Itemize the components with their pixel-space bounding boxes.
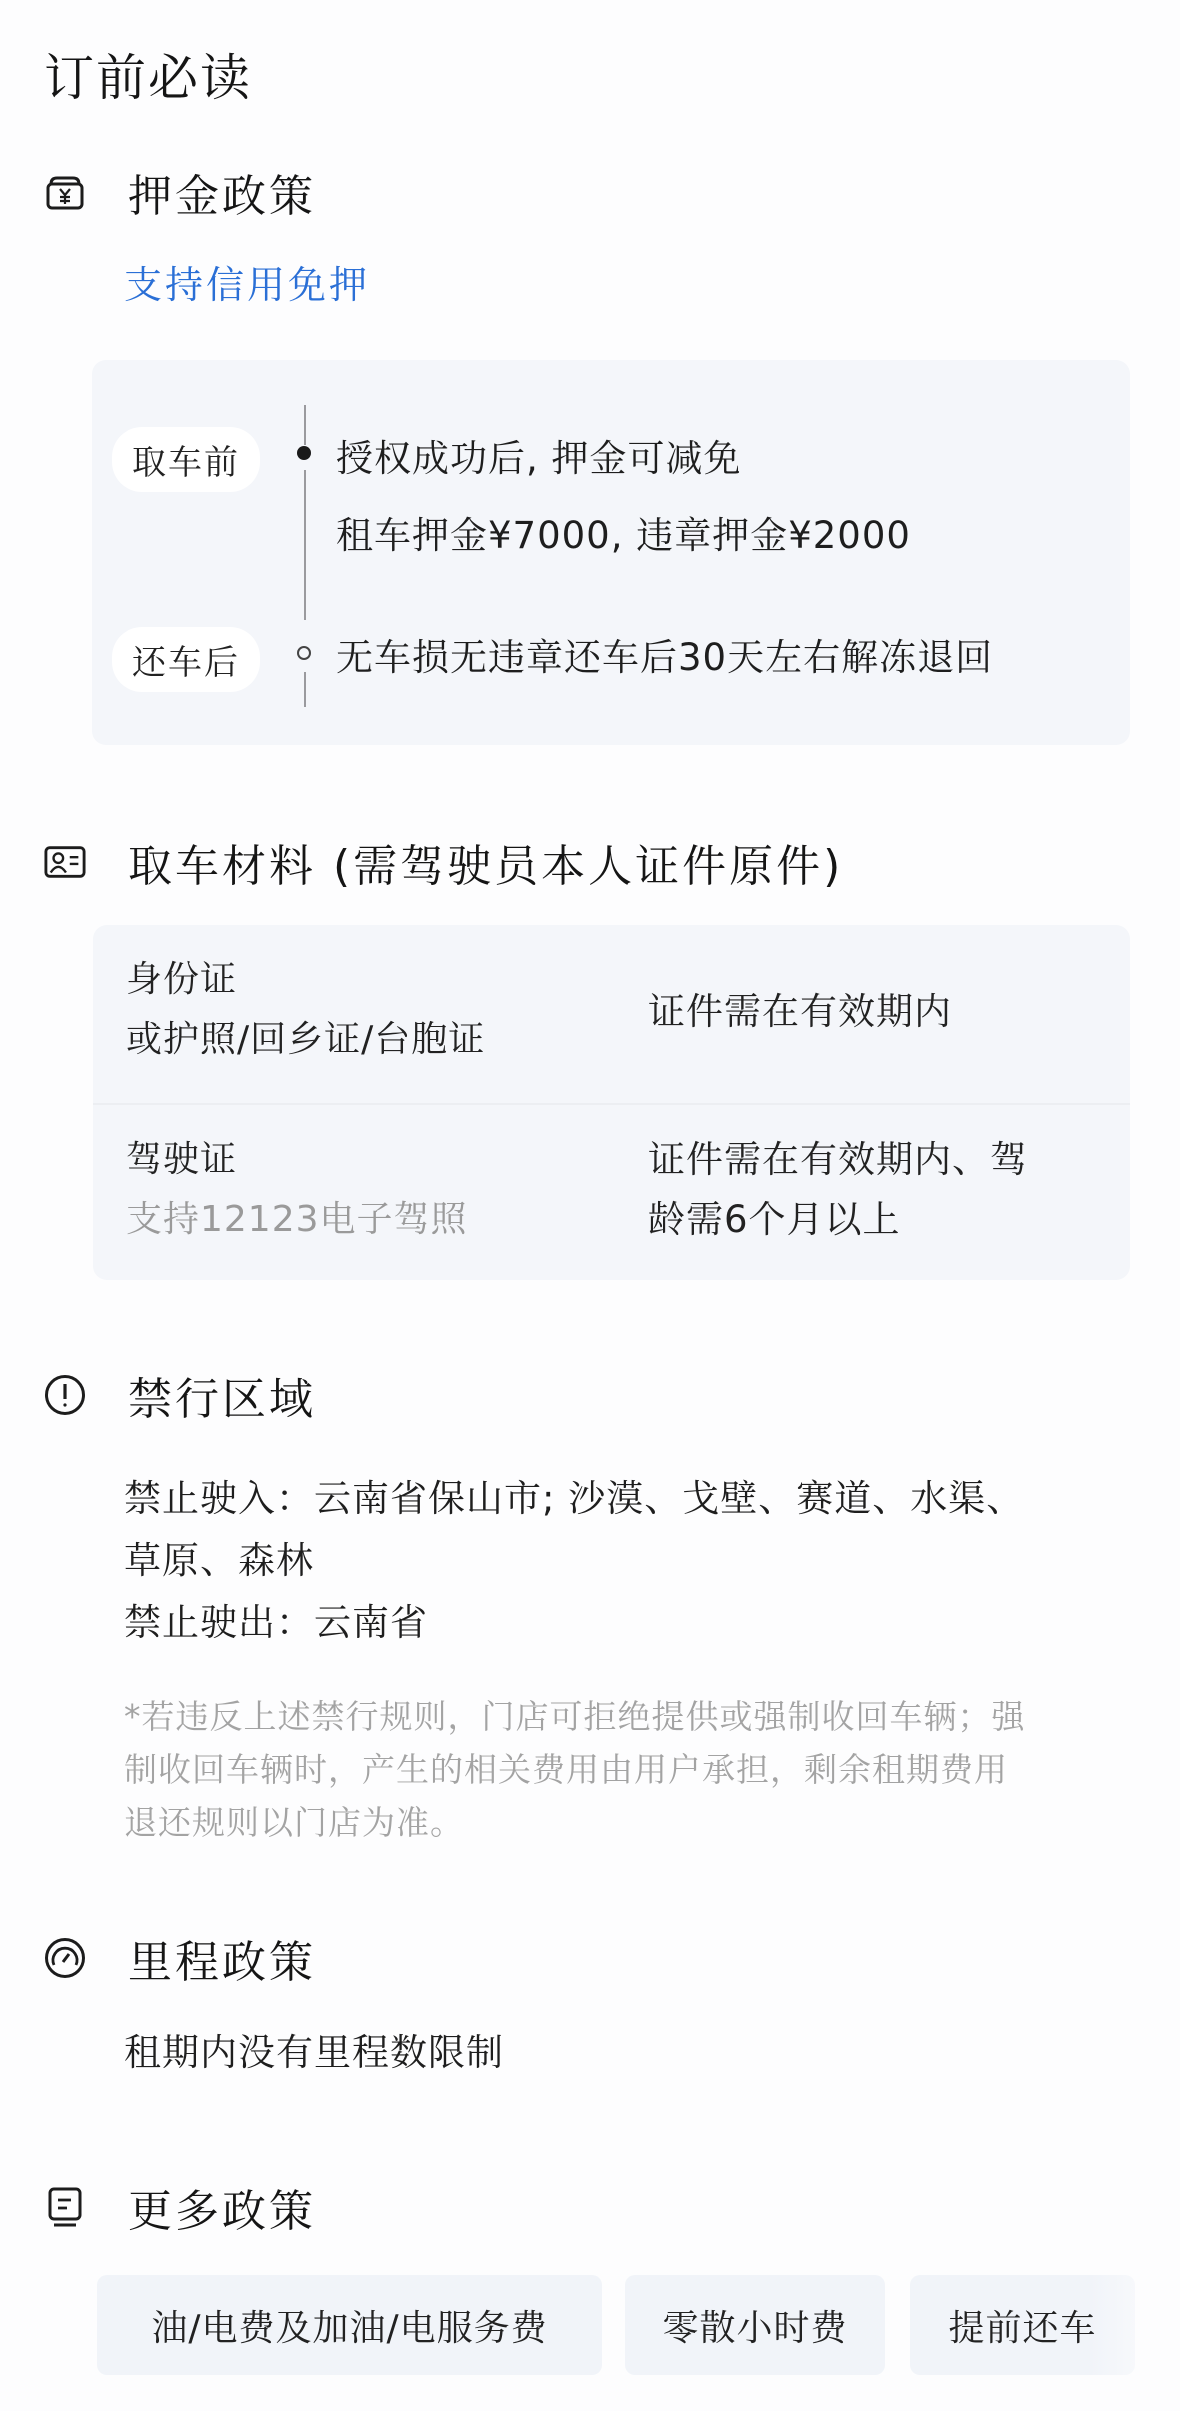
material-requirement: 证件需在有效期内	[648, 982, 952, 1042]
section-header-deposit: 押金政策	[44, 162, 316, 222]
document-icon	[44, 2186, 86, 2228]
restricted-note: *若违反上述禁行规则，门店可拒绝提供或强制收回车辆；强 制收回车辆时，产生的相关…	[124, 1690, 1026, 1849]
note-line: 退还规则以门店为准。	[124, 1796, 1026, 1849]
timeline-line	[304, 405, 306, 445]
no-entry-text: 禁止驶入：云南省保山市; 沙漠、戈壁、赛道、水渠、	[124, 1468, 1024, 1530]
material-row-license: 驾驶证 支持12123电子驾照	[126, 1130, 468, 1250]
requirement-line: 证件需在有效期内、驾	[648, 1130, 1028, 1190]
section-title-mileage: 里程政策	[128, 1926, 316, 1990]
divider	[93, 1103, 1130, 1105]
timeline-text: 无车损无违章还车后30天左右解冻退回	[336, 627, 993, 681]
note-line: *若违反上述禁行规则，门店可拒绝提供或强制收回车辆；强	[124, 1690, 1026, 1743]
timeline-text: 授权成功后, 押金可减免	[336, 428, 742, 482]
policy-chip-hourly-fee[interactable]: 零散小时费	[625, 2275, 885, 2375]
material-row-id: 身份证 或护照/回乡证/台胞证	[126, 950, 485, 1070]
timeline-line	[304, 470, 306, 620]
timeline-dot-filled-icon	[297, 446, 311, 460]
restricted-content: 禁止驶入：云南省保山市; 沙漠、戈壁、赛道、水渠、 草原、森林 禁止驶出：云南省	[124, 1468, 1024, 1654]
material-doc-name: 驾驶证	[126, 1130, 468, 1190]
material-doc-alternatives: 或护照/回乡证/台胞证	[126, 1010, 485, 1070]
timeline-label-before-pickup: 取车前	[112, 427, 260, 492]
note-line: 制收回车辆时，产生的相关费用由用户承担，剩余租期费用	[124, 1743, 1026, 1796]
requirement-line: 龄需6个月以上	[648, 1190, 1028, 1250]
no-exit-text: 禁止驶出：云南省	[124, 1592, 1024, 1654]
material-doc-name: 身份证	[126, 950, 485, 1010]
section-header-more: 更多政策	[44, 2177, 316, 2237]
material-doc-note: 支持12123电子驾照	[126, 1190, 468, 1250]
id-card-icon	[44, 841, 86, 883]
mileage-text: 租期内没有里程数限制	[124, 2022, 504, 2084]
page-title: 订前必读	[44, 38, 252, 110]
section-title-restricted: 禁行区域	[128, 1363, 316, 1427]
section-title-more: 更多政策	[128, 2175, 316, 2239]
speedometer-icon	[44, 1937, 86, 1979]
policy-chip-fuel-fee[interactable]: 油/电费及加油/电服务费	[97, 2275, 602, 2375]
exclamation-circle-icon	[44, 1374, 86, 1416]
section-header-mileage: 里程政策	[44, 1928, 316, 1988]
section-header-restricted: 禁行区域	[44, 1365, 316, 1425]
timeline-label-after-return: 还车后	[112, 627, 260, 692]
section-title-deposit: 押金政策	[128, 160, 316, 224]
material-requirement: 证件需在有效期内、驾 龄需6个月以上	[648, 1130, 1028, 1250]
section-title-materials: 取车材料 (需驾驶员本人证件原件)	[128, 830, 843, 894]
scroll-fade-edge	[1090, 2265, 1180, 2385]
no-entry-text: 草原、森林	[124, 1530, 1024, 1592]
section-header-materials: 取车材料 (需驾驶员本人证件原件)	[44, 832, 843, 892]
timeline-dot-hollow-icon	[297, 646, 311, 660]
wallet-yen-icon	[44, 171, 86, 213]
timeline-text: 租车押金¥7000, 违章押金¥2000	[336, 505, 911, 559]
timeline-line	[304, 672, 306, 707]
credit-deposit-free-label: 支持信用免押	[124, 254, 370, 309]
